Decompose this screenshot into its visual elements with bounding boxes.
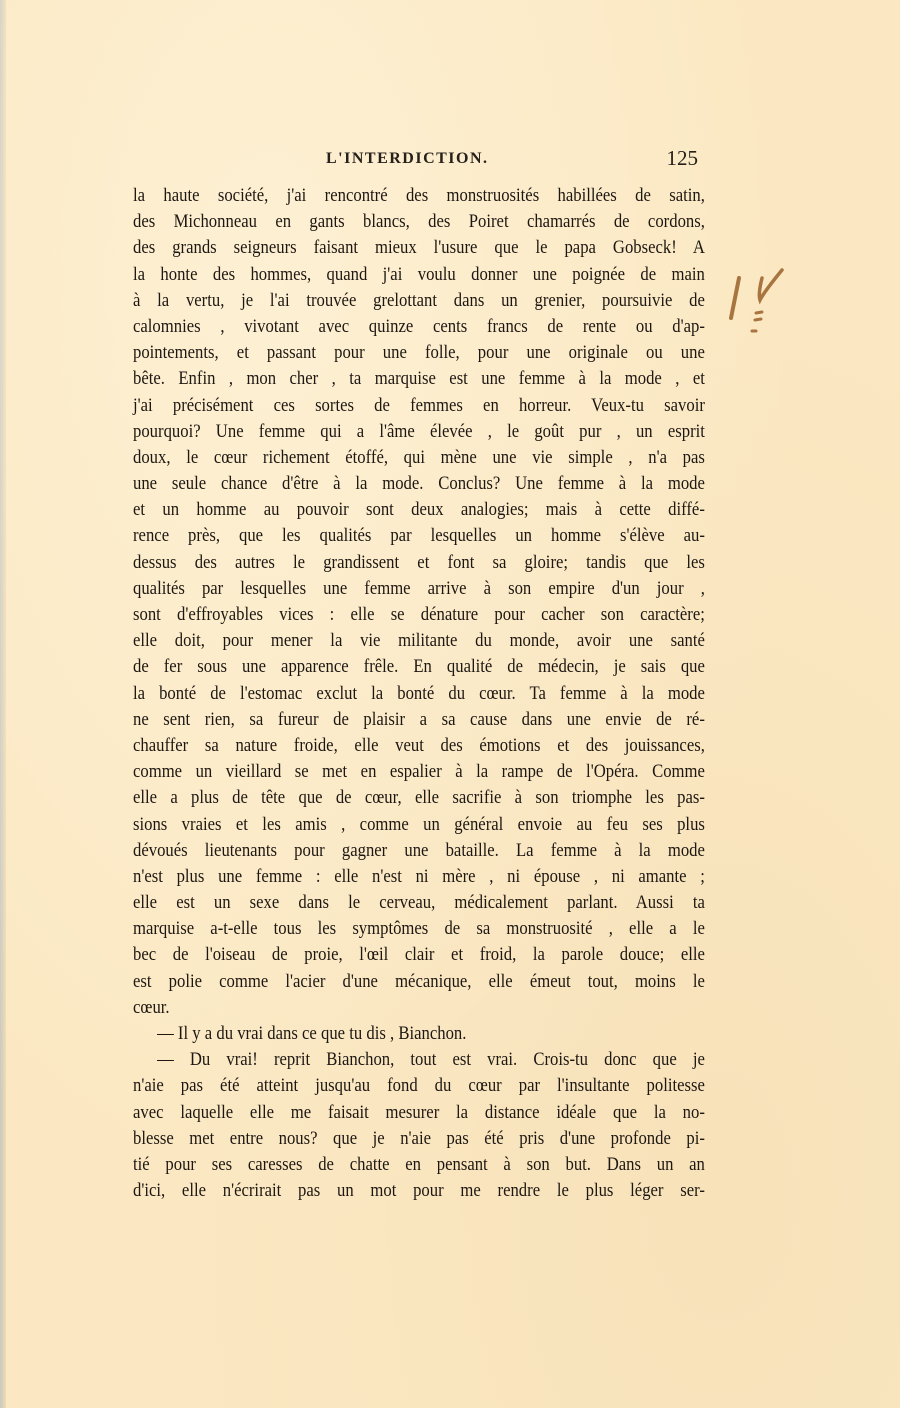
text-line: est polie comme l'acier d'une mécanique,… — [133, 969, 705, 995]
text-line: n'est plus une femme : elle n'est ni mèr… — [133, 864, 705, 890]
running-title: L'INTERDICTION. — [326, 150, 489, 168]
text-line: une seule chance d'être à la mode. Concl… — [133, 471, 705, 497]
text-line: pointements, et passant pour une folle, … — [133, 340, 705, 366]
text-line: la honte des hommes, quand j'ai voulu do… — [133, 262, 705, 288]
text-line: n'aie pas été atteint jusqu'au fond du c… — [133, 1073, 705, 1099]
text-line: rence près, que les qualités par lesquel… — [133, 523, 705, 549]
text-line: et un homme au pouvoir sont deux analogi… — [133, 497, 705, 523]
text-line: avec laquelle elle me faisait mesurer la… — [133, 1100, 705, 1126]
text-line: blesse met entre nous? que je n'aie pas … — [133, 1126, 705, 1152]
text-line: chauffer sa nature froide, elle veut des… — [133, 733, 705, 759]
text-line: bête. Enfin , mon cher , ta marquise est… — [133, 366, 705, 392]
text-line: elle est un sexe dans le cerveau, médica… — [133, 890, 705, 916]
text-line: de fer sous une apparence frêle. En qual… — [133, 654, 705, 680]
running-head: L'INTERDICTION. 125 — [130, 146, 698, 176]
dialogue-line: — Il y a du vrai dans ce que tu dis , Bi… — [133, 1021, 705, 1047]
text-line: sions vraies et les amis , comme un géné… — [133, 812, 705, 838]
text-line: elle a plus de tête que de cœur, elle sa… — [133, 785, 705, 811]
page-number: 125 — [667, 146, 699, 171]
dialogue-line: — Du vrai! reprit Bianchon, tout est vra… — [133, 1047, 705, 1073]
text-line: sont d'effroyables vices : elle se dénat… — [133, 602, 705, 628]
pencil-mark-icon — [712, 258, 792, 338]
text-line: pourquoi? Une femme qui a l'âme élevée ,… — [133, 419, 705, 445]
text-line: doux, le cœur richement étoffé, qui mène… — [133, 445, 705, 471]
text-line: des Michonneau en gants blancs, des Poir… — [133, 209, 705, 235]
text-line: comme un vieillard se met en espalier à … — [133, 759, 705, 785]
text-line: dessus des autres le grandissent et font… — [133, 550, 705, 576]
handwritten-margin-annotation — [712, 258, 792, 338]
text-line: d'ici, elle n'écrirait pas un mot pour m… — [133, 1178, 705, 1204]
text-line: calomnies , vivotant avec quinze cents f… — [133, 314, 705, 340]
text-line: la haute société, j'ai rencontré des mon… — [133, 183, 705, 209]
text-line: la bonté de l'estomac exclut la bonté du… — [133, 681, 705, 707]
text-line: elle doit, pour mener la vie militante d… — [133, 628, 705, 654]
text-line: marquise a-t-elle tous les symptômes de … — [133, 916, 705, 942]
text-line: cœur. — [133, 995, 705, 1021]
text-line: j'ai précisément ces sortes de femmes en… — [133, 393, 705, 419]
text-line: ne sent rien, sa fureur de plaisir a sa … — [133, 707, 705, 733]
text-line: des grands seigneurs faisant mieux l'usu… — [133, 235, 705, 261]
text-line: à la vertu, je l'ai trouvée grelottant d… — [133, 288, 705, 314]
text-line: qualités par lesquelles une femme arrive… — [133, 576, 705, 602]
body-text: la haute société, j'ai rencontré des mon… — [133, 183, 705, 1204]
text-line: dévoués lieutenants pour gagner une bata… — [133, 838, 705, 864]
text-line: tié pour ses caresses de chatte en pensa… — [133, 1152, 705, 1178]
book-page: L'INTERDICTION. 125 la haute société, j'… — [0, 0, 900, 1408]
text-line: bec de l'oiseau de proie, l'œil clair et… — [133, 942, 705, 968]
